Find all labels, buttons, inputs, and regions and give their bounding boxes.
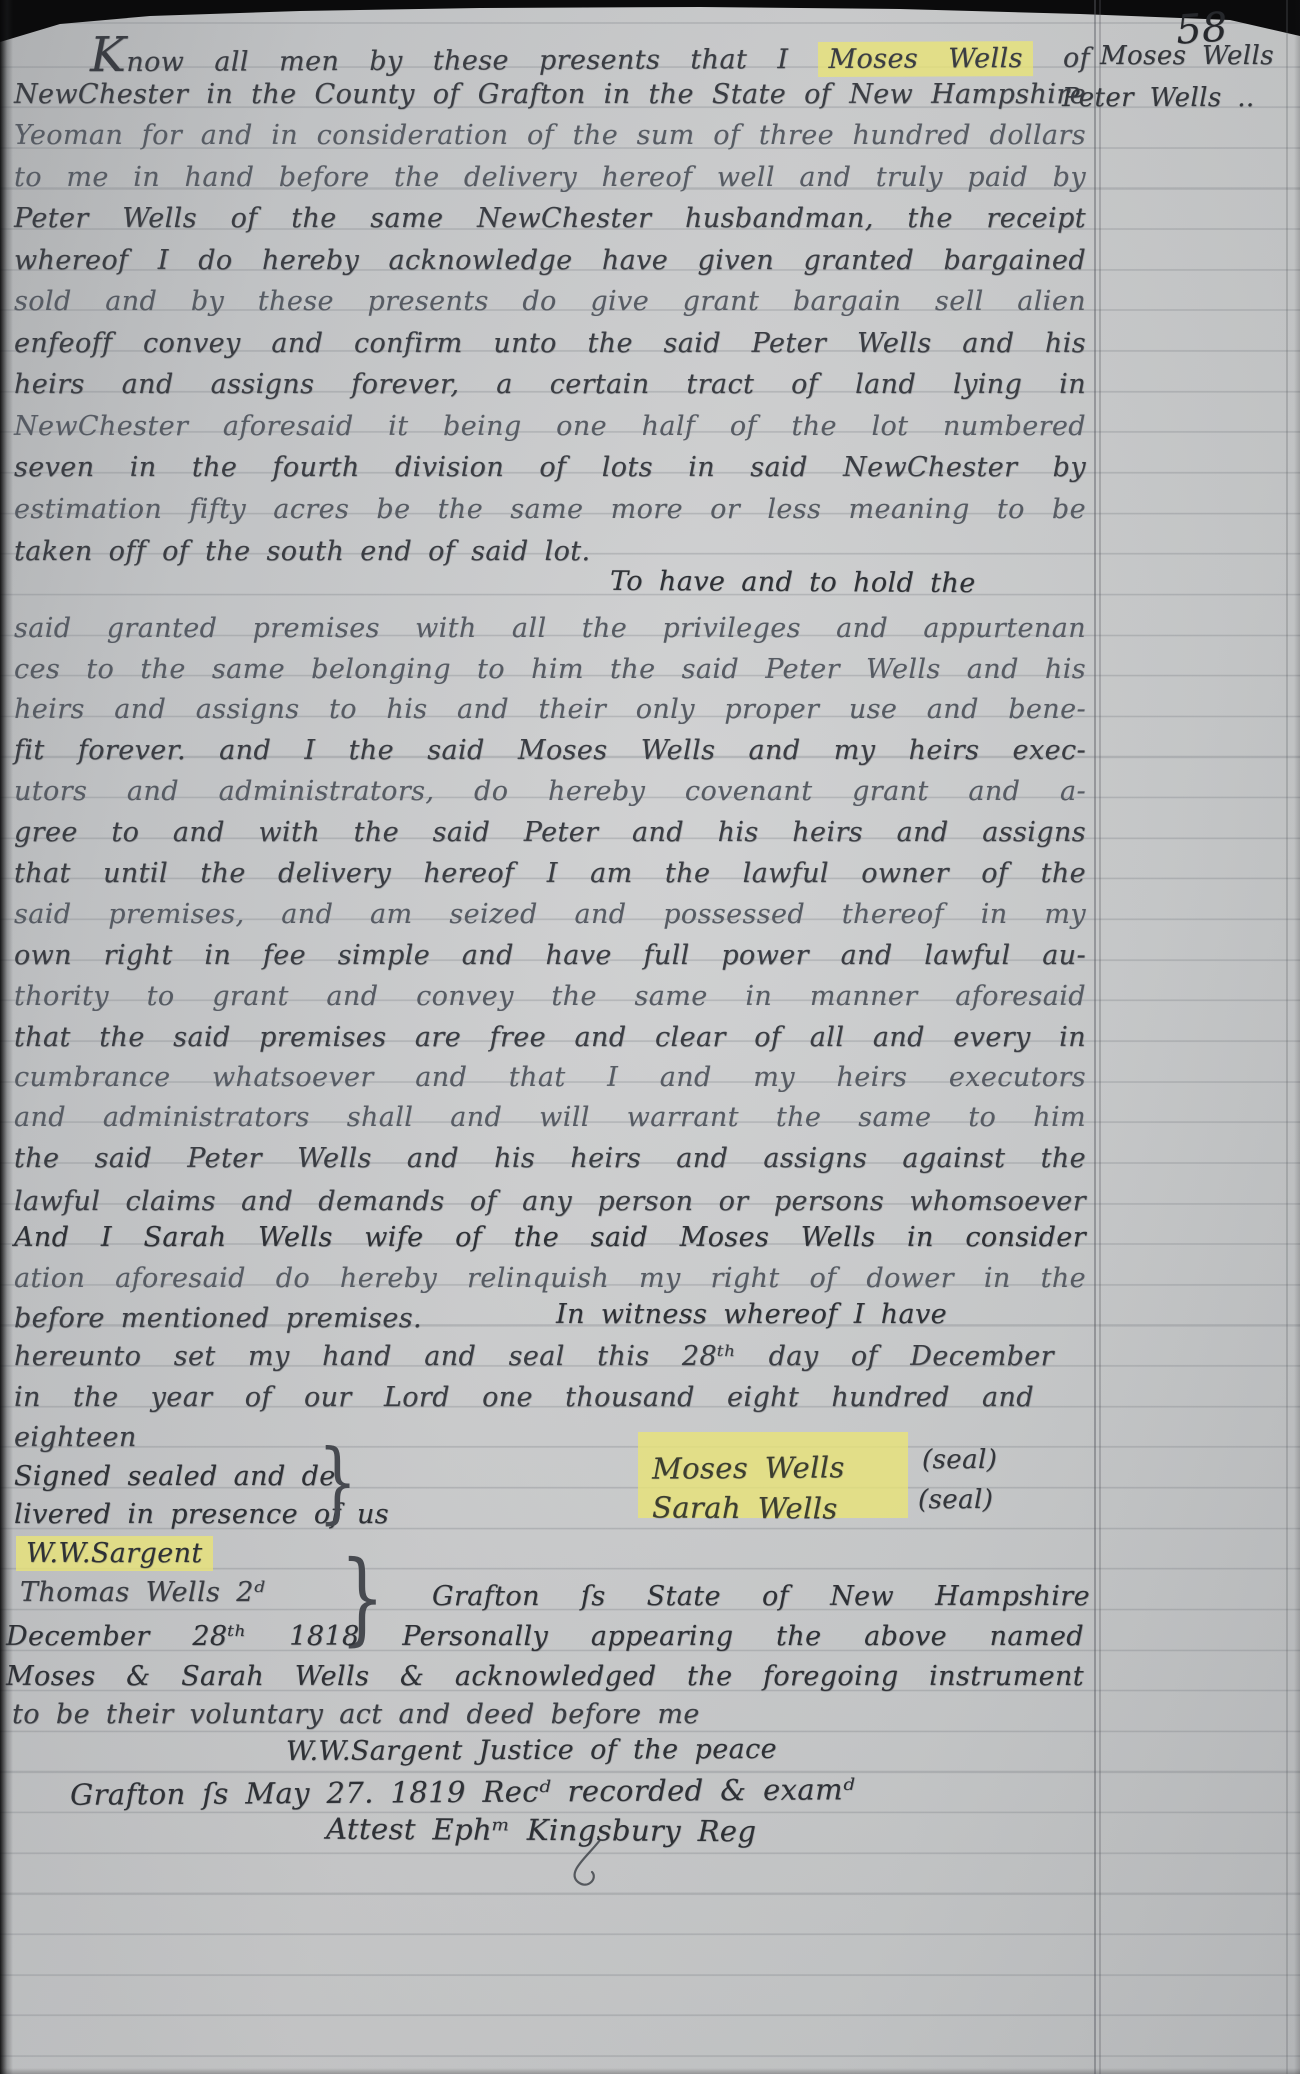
- deed-line: Peter Wells of the same NewChester husba…: [14, 202, 1086, 236]
- acknowledgment-line: December 28ᵗʰ 1818 Personally appearing …: [6, 1620, 1084, 1654]
- scan-right-edge: [1294, 0, 1300, 2074]
- deed-line: estimation fifty acres be the same more …: [14, 493, 1086, 527]
- justice-signature: W.W.Sargent Justice of the peace: [286, 1733, 777, 1769]
- wife-signature: Sarah Wells: [652, 1489, 838, 1526]
- deed-line: that the said premises are free and clea…: [14, 1021, 1086, 1055]
- deed-line: before mentioned premises.: [14, 1302, 422, 1336]
- deed-line: taken off of the south end of said lot.: [14, 535, 590, 569]
- deed-line: heirs and assigns to his and their only …: [14, 693, 1086, 727]
- deed-line: NewChester aforesaid it being one half o…: [14, 410, 1086, 444]
- acknowledgment-line: Moses & Sarah Wells & acknowledged the f…: [6, 1660, 1084, 1694]
- deed-register-page: 58 Moses Wells Peter Wells .. Know all m…: [0, 0, 1300, 2074]
- deed-line: And I Sarah Wells wife of the said Moses…: [14, 1221, 1086, 1255]
- deed-line: seven in the fourth division of lots in …: [14, 451, 1086, 485]
- pen-flourish: [548, 1838, 608, 1912]
- opening-text-pre: Know all men by these presents that I: [90, 44, 819, 78]
- deed-line: whereof I do hereby acknowledge have giv…: [14, 244, 1086, 278]
- deed-line: sold and by these presents do give grant…: [14, 285, 1086, 319]
- margin-note-grantee: Peter Wells ..: [1062, 82, 1255, 115]
- witness-attestation-line: Signed sealed and de: [14, 1460, 336, 1494]
- opening-text-post: of: [1063, 43, 1090, 74]
- deed-line: NewChester in the County of Grafton in t…: [14, 78, 1086, 112]
- deed-line: hereunto set my hand and seal this 28ᵗʰ …: [14, 1340, 1054, 1374]
- acknowledgment-line: to be their voluntary act and deed befor…: [12, 1698, 700, 1732]
- deed-line: heirs and assigns forever, a certain tra…: [14, 368, 1086, 402]
- witness-brace: }: [318, 1438, 357, 1526]
- deed-line: gree to and with the said Peter and his …: [14, 816, 1086, 850]
- acknowledgment-heading: Grafton ſs State of New Hampshire: [432, 1580, 1090, 1614]
- witness-clause-lead: In witness whereof I have: [556, 1298, 947, 1332]
- deed-line: ces to the same belonging to him the sai…: [14, 653, 1086, 687]
- deed-line: fit forever. and I the said Moses Wells …: [14, 734, 1086, 768]
- deed-line: utors and administrators, do hereby cove…: [14, 775, 1086, 809]
- deed-line: to me in hand before the delivery hereof…: [14, 161, 1086, 195]
- grantor-seal: (seal): [922, 1444, 997, 1477]
- deed-line: and administrators shall and will warran…: [14, 1101, 1086, 1135]
- scan-left-edge: [0, 0, 13, 2074]
- grantor-signature: Moses Wells: [652, 1449, 845, 1487]
- recording-line: Grafton ſs May 27. 1819 Recᵈ recorded & …: [70, 1771, 855, 1813]
- deed-line: the said Peter Wells and his heirs and a…: [14, 1142, 1086, 1176]
- deed-line: cumbrance whatsoever and that I and my h…: [14, 1061, 1086, 1095]
- deed-line: own right in fee simple and have full po…: [14, 939, 1086, 973]
- deed-line: in the year of our Lord one thousand eig…: [14, 1381, 1034, 1415]
- deed-line: ation aforesaid do hereby relinquish my …: [14, 1262, 1086, 1296]
- grantor-name-highlighted: Moses Wells: [818, 41, 1033, 77]
- witness-signature-1: W.W.Sargent: [16, 1537, 213, 1571]
- register-attest-line: Attest Ephᵐ Kingsbury Reg: [326, 1811, 757, 1850]
- wife-seal: (seal): [918, 1484, 993, 1517]
- deed-line: lawful claims and demands of any person …: [14, 1185, 1086, 1219]
- deed-line: Yeoman for and in consideration of the s…: [14, 119, 1086, 153]
- deed-line-opening: Know all men by these presents that I Mo…: [90, 32, 1090, 80]
- deed-line: eighteen: [14, 1421, 137, 1455]
- deed-line: enfeoff convey and confirm unto the said…: [14, 327, 1086, 361]
- witness-signature-2: Thomas Wells 2ᵈ: [20, 1576, 265, 1610]
- deed-line: said premises, and am seized and possess…: [14, 898, 1086, 932]
- margin-rule-line: [1094, 0, 1096, 2074]
- margin-rule-line-double: [1099, 0, 1101, 2074]
- habendum-lead: To have and to hold the: [610, 565, 976, 601]
- margin-note-grantor: Moses Wells: [1100, 40, 1274, 73]
- right-margin-rule-line: [1286, 0, 1288, 2074]
- witness-name-highlighted: W.W.Sargent: [16, 1536, 213, 1571]
- deed-line: said granted premises with all the privi…: [14, 612, 1086, 646]
- deed-line: thority to grant and convey the same in …: [14, 980, 1086, 1014]
- deed-line: that until the delivery hereof I am the …: [14, 857, 1086, 891]
- scan-bottom-edge: [0, 2068, 1300, 2074]
